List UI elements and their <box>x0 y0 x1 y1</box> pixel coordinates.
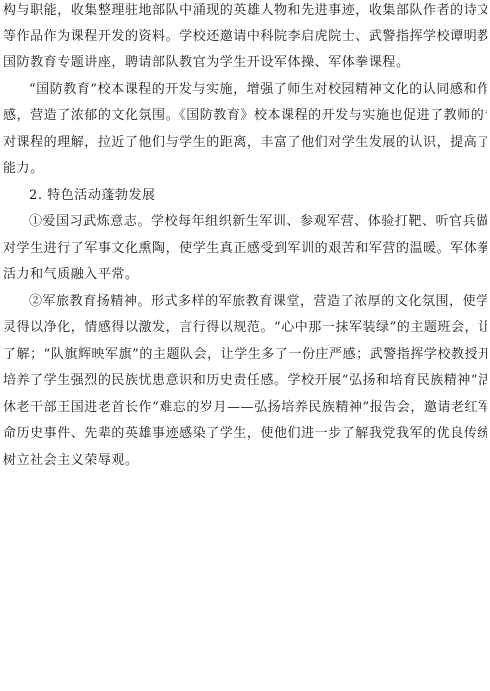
paragraph-start-line: ②军旅教育扬精神。形式多样的军旅教育课堂，营造了浓厚的文化氛围，使学生在内化的过… <box>29 292 487 312</box>
text-line: 能力。 <box>3 159 487 179</box>
text-line: 了解；“队旗辉映军旗”的主题队会，让学生多了一份庄严感；武警指挥学校教授开设的国… <box>3 345 487 365</box>
paragraph-start-line: “国防教育”校本课程的开发与实施，增强了师生对校园精神文化的认同感和作为一名铜中… <box>29 80 487 100</box>
text-line: 等作品作为课程开发的资料。学校还邀请中科院李启虎院士、武警指挥学校谭明教授等专家… <box>3 27 487 47</box>
text-line: 感，营造了浓郁的文化氛围。《国防教育》校本课程的开发与实施也促进了教师的专业发展… <box>3 106 487 126</box>
text-line: 对课程的理解，拉近了他们与学生的距离，丰富了他们对学生发展的认识，提高了他们实施… <box>3 133 487 153</box>
subsection-heading: 2. 特色活动蓬勃发展 <box>29 186 487 206</box>
text-line: 培养了学生强烈的民族忧患意识和历史责任感。学校开展“弘扬和培育民族精神”活动，邀… <box>3 371 487 391</box>
text-line: 树立社会主义荣辱观。 <box>3 451 487 471</box>
text-line: 休老干部王国进老首长作“难忘的岁月——弘扬培养民族精神”报告会，邀请老红军讲述延… <box>3 398 487 418</box>
text-line: 活力和气质融入平常。 <box>3 265 487 285</box>
text-line: 国防教育专题讲座，聘请部队教官为学生开设军体操、军体拳课程。 <box>3 53 487 73</box>
text-line: 命历史事件、先辈的英雄事迹感染了学生，使他们进一步了解我党我军的优良传统，激发爱… <box>3 424 487 444</box>
text-line: 对学生进行了军事文化熏陶，使学生真正感受到军训的艰苦和军营的温暖。军体拳的学习，… <box>3 239 487 259</box>
text-line: 灵得以净化，情感得以激发，言行得以规范。“心中那一抹军装绿”的主题班会，让学生对… <box>3 318 487 338</box>
text-line: 构与职能，收集整理驻地部队中涌现的英雄人物和先进事迹，收集部队作者的诗文、摄影、… <box>3 1 487 21</box>
paragraph-start-line: ①爱国习武炼意志。学校每年组织新生军训、参观军营、体验打靶、听官兵做报告等爱国习… <box>29 212 487 232</box>
